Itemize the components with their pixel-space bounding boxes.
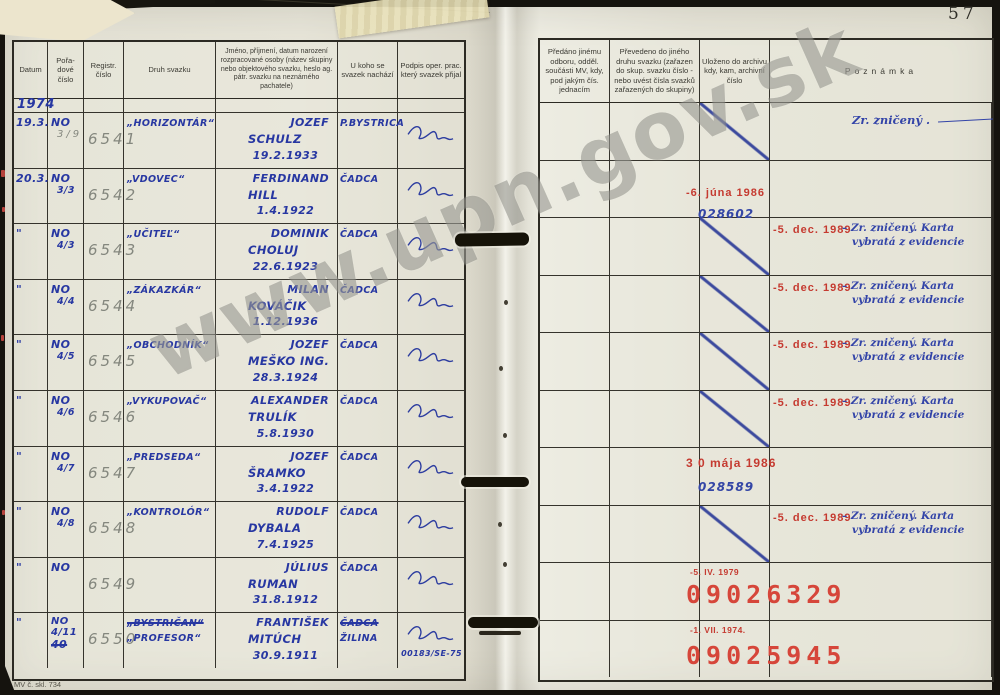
cell-signature <box>398 169 464 224</box>
header-predano: Předáno jinému odboru, odděl. součásti M… <box>540 40 610 102</box>
cell-poradove: NO3/9 <box>48 113 84 168</box>
cell-name: JOZEFSCHULZ19.2.1933 <box>216 113 338 168</box>
signature-scribble <box>401 339 461 374</box>
registry-table-right: Předáno jinému odboru, odděl. součásti M… <box>538 38 994 682</box>
binding-stitch-hole <box>461 477 529 487</box>
year-band: 1974 <box>14 99 464 113</box>
signature-scribble <box>401 617 461 652</box>
signature-scribble <box>401 116 461 151</box>
cell-location: ČADCA <box>338 502 398 557</box>
header-registr-cislo: Registr. číslo <box>84 42 124 98</box>
cell-datum: 20.3. <box>14 169 48 224</box>
cell-ulozeno <box>700 218 770 275</box>
binding-stitch-hole <box>468 617 538 628</box>
cell-ulozeno <box>700 391 770 448</box>
header-druh-svazku: Druh svazku <box>124 42 216 98</box>
destroyed-date-stamp: -5. dec. 1989 <box>773 512 851 524</box>
cell-registr: 6550 <box>84 613 124 668</box>
cell-location: ČADCAŽILINA <box>338 613 398 668</box>
cell-datum: " <box>14 224 48 279</box>
table-row: -6. júna 1986 028602 <box>540 161 992 219</box>
header-u-koho: U koho se svazek nachází <box>338 42 398 98</box>
header-poradove-cislo: Pořa- dové číslo <box>48 42 84 98</box>
cell-poradove: NO 4/1140 <box>48 613 84 668</box>
table-row: 3 0 mája 1986 028589 <box>540 448 992 506</box>
year-label: 1974 <box>14 99 48 112</box>
cell-predano <box>540 391 610 448</box>
cell-prevedeno <box>610 506 700 563</box>
header-jmeno: Jméno, příjmení, datum narození rozpraco… <box>216 42 338 98</box>
table-row: -5. dec. 1989 – Zr. zničený. Karta vybra… <box>540 218 992 276</box>
archive-number-stamp: 09026329 <box>686 580 846 609</box>
remark-note: – Zr. zničený. Karta <box>842 222 954 234</box>
cell-registr: 6544 <box>84 280 124 335</box>
cell-signature <box>398 113 464 168</box>
table-row: " NO4/3 6543 „UČITEĽ“ DOMINIKCHOLUJ22.6.… <box>14 224 464 280</box>
signature-scribble <box>401 394 461 429</box>
table-row: -1. VII. 1974. 09025945 <box>540 621 992 678</box>
table-row: -5. dec. 1989 – Zr. zničený. Karta vybra… <box>540 391 992 449</box>
cell-location: ČADCA <box>338 224 398 279</box>
cell-signature <box>398 558 464 613</box>
cell-location: ČADCA <box>338 280 398 335</box>
cell-ulozeno <box>700 103 770 160</box>
cell-name: RUDOLFDYBALA7.4.1925 <box>216 502 338 557</box>
cell-druh: „BYSTRIČAN“„PROFESOR“ <box>124 613 216 668</box>
cell-name: FRANTIŠEKMITÚCH30.9.1911 <box>216 613 338 668</box>
cell-prevedeno <box>610 276 700 333</box>
cell-poradove: NO4/6 <box>48 391 84 446</box>
cell-poradove: NO4/3 <box>48 224 84 279</box>
cell-druh: „ZÁKAZKÁR“ <box>124 280 216 335</box>
cell-poradove: NO4/5 <box>48 335 84 390</box>
remark-note: Zr. zničený . <box>852 113 930 127</box>
cell-location: ČADCA <box>338 391 398 446</box>
cell-registr: 6542 <box>84 169 124 224</box>
page-number: 57 <box>948 4 978 24</box>
cell-prevedeno <box>610 333 700 390</box>
signature-scribble <box>401 505 461 540</box>
form-code: MV č. skl. 734 <box>14 680 61 689</box>
table-row: " NO4/8 6548 „KONTROLÓR“ RUDOLFDYBALA7.4… <box>14 502 464 558</box>
cell-ulozeno <box>700 506 770 563</box>
remark-note: vybratá z evidencie <box>852 294 964 306</box>
stitch-dot <box>498 522 502 527</box>
table-row: " NO4/5 6545 „OBCHODNÍK“ JOZEFMEŠKO ING.… <box>14 335 464 391</box>
cell-druh: „UČITEĽ“ <box>124 224 216 279</box>
cell-ulozeno <box>700 333 770 390</box>
cell-predano <box>540 448 610 505</box>
archive-number: 028589 <box>698 480 754 494</box>
cell-signature <box>398 335 464 390</box>
cell-prevedeno <box>610 103 700 160</box>
archive-number: 028602 <box>698 207 754 221</box>
cell-datum: 19.3. <box>14 113 48 168</box>
cell-registr: 6548 <box>84 502 124 557</box>
cell-datum: " <box>14 335 48 390</box>
archive-date-stamp: -1. VII. 1974. <box>690 625 746 635</box>
binding-crease <box>468 7 540 690</box>
table-row: -5. dec. 1989 – Zr. zničený. Karta vybra… <box>540 333 992 391</box>
signature-scribble <box>401 450 461 485</box>
cell-signature <box>398 447 464 502</box>
cell-registr: 6545 <box>84 335 124 390</box>
cell-location: P.BYSTRICA <box>338 113 398 168</box>
cell-datum: " <box>14 447 48 502</box>
cell-name: JOZEFŠRAMKO3.4.1922 <box>216 447 338 502</box>
cell-datum: " <box>14 558 48 613</box>
cell-name: FERDINANDHILL1.4.1922 <box>216 169 338 224</box>
table-row: " NO 6549 JÚLIUSRUMAN31.8.1912 ČADCA <box>14 558 464 614</box>
cell-predano <box>540 276 610 333</box>
cell-predano <box>540 333 610 390</box>
cell-signature <box>398 280 464 335</box>
table-row: 19.3. NO3/9 6541 „HORIZONTÁR“ JOZEFSCHUL… <box>14 113 464 169</box>
cell-druh: „OBCHODNÍK“ <box>124 335 216 390</box>
cell-predano <box>540 621 610 678</box>
table-row: -5. IV. 1979 09026329 <box>540 563 992 621</box>
stitch-dot <box>503 562 507 567</box>
cell-poradove: NO4/7 <box>48 447 84 502</box>
margin-red-mark <box>2 510 5 515</box>
left-rows: 19.3. NO3/9 6541 „HORIZONTÁR“ JOZEFSCHUL… <box>14 113 464 668</box>
table-row: " NO 4/1140 6550 „BYSTRIČAN“„PROFESOR“ F… <box>14 613 464 668</box>
destroyed-date-stamp: -5. dec. 1989 <box>773 339 851 351</box>
stitch-dot <box>504 300 508 305</box>
table-row: Zr. zničený . <box>540 103 992 161</box>
cell-registr: 6547 <box>84 447 124 502</box>
cell-registr: 6549 <box>84 558 124 613</box>
registry-table-left: Datum Pořa- dové číslo Registr. číslo Dr… <box>12 40 466 681</box>
cell-location: ČADCA <box>338 335 398 390</box>
cell-location: ČADCA <box>338 169 398 224</box>
destroyed-date-stamp: -5. dec. 1989 <box>773 282 851 294</box>
margin-red-mark <box>1 335 4 341</box>
cell-signature <box>398 391 464 446</box>
destroyed-date-stamp: -5. dec. 1989 <box>773 397 851 409</box>
remark-note: – Zr. zničený. Karta <box>842 510 954 522</box>
cell-registr: 6543 <box>84 224 124 279</box>
signature-scribble <box>401 561 461 596</box>
header-podpis: Podpis oper. prac. který svazek přijal <box>398 42 464 98</box>
cell-signature: 00183/SE-75 <box>398 613 464 668</box>
remark-note: vybratá z evidencie <box>852 236 964 248</box>
cell-prevedeno <box>610 391 700 448</box>
cell-druh <box>124 558 216 613</box>
signature-scribble <box>401 283 461 318</box>
table-row: 20.3. NO3/3 6542 „VDOVEC“ FERDINANDHILL1… <box>14 169 464 225</box>
cell-poznamka <box>770 161 992 218</box>
cell-prevedeno <box>610 218 700 275</box>
cell-druh: „PREDSEDA“ <box>124 447 216 502</box>
table-row: " NO4/7 6547 „PREDSEDA“ JOZEFŠRAMKO3.4.1… <box>14 447 464 503</box>
cell-poznamka <box>770 448 992 505</box>
archive-date-stamp: -5. IV. 1979 <box>690 567 739 577</box>
cell-datum: " <box>14 391 48 446</box>
stitch-dot <box>499 366 503 371</box>
header-ulozeno: Uloženo do archivu kdy, kam, archivní čí… <box>700 40 770 102</box>
cell-poradove: NO <box>48 558 84 613</box>
remark-note: – Zr. zničený. Karta <box>842 280 954 292</box>
cell-druh: „HORIZONTÁR“ <box>124 113 216 168</box>
cell-predano <box>540 506 610 563</box>
cell-location: ČADCA <box>338 558 398 613</box>
remark-note: vybratá z evidencie <box>852 524 964 536</box>
header-poznamka: Poznámka <box>770 40 992 102</box>
table-row: -5. dec. 1989 – Zr. zničený. Karta vybra… <box>540 276 992 334</box>
cell-poradove: NO4/4 <box>48 280 84 335</box>
margin-red-mark <box>1 170 5 177</box>
table-row: " NO4/4 6544 „ZÁKAZKÁR“ MILANKOVÁČIK1.12… <box>14 280 464 336</box>
remark-note: – Zr. zničený. Karta <box>842 395 954 407</box>
cell-signature <box>398 224 464 279</box>
remark-note: – Zr. zničený. Karta <box>842 337 954 349</box>
cell-name: ALEXANDERTRULÍK5.8.1930 <box>216 391 338 446</box>
binding-stitch-hole <box>479 631 521 635</box>
cell-druh: „KONTROLÓR“ <box>124 502 216 557</box>
cell-name: JÚLIUSRUMAN31.8.1912 <box>216 558 338 613</box>
cell-signature <box>398 502 464 557</box>
signature-scribble <box>401 228 461 263</box>
cell-poznamka <box>770 103 992 160</box>
cell-datum: " <box>14 280 48 335</box>
cell-registr: 6541 <box>84 113 124 168</box>
right-rows: Zr. zničený . -6. júna 1986 028602 -5. d… <box>540 103 992 677</box>
cell-datum: " <box>14 502 48 557</box>
cell-ulozeno <box>700 276 770 333</box>
right-table-header: Předáno jinému odboru, odděl. součásti M… <box>540 40 992 103</box>
cell-location: ČADCA <box>338 447 398 502</box>
cell-predano <box>540 161 610 218</box>
left-table-header: Datum Pořa- dové číslo Registr. číslo Dr… <box>14 42 464 99</box>
archive-number-stamp: 09025945 <box>686 641 846 670</box>
binding-stitch-hole <box>455 232 529 246</box>
cell-registr: 6546 <box>84 391 124 446</box>
cell-datum: " <box>14 613 48 668</box>
archive-date-stamp: -6. júna 1986 <box>686 187 765 199</box>
header-datum: Datum <box>14 42 48 98</box>
cell-predano <box>540 218 610 275</box>
cell-druh: „VDOVEC“ <box>124 169 216 224</box>
cell-name: JOZEFMEŠKO ING.28.3.1924 <box>216 335 338 390</box>
remark-note: vybratá z evidencie <box>852 351 964 363</box>
cell-druh: „VYKUPOVAČ“ <box>124 391 216 446</box>
table-row: " NO4/6 6546 „VYKUPOVAČ“ ALEXANDERTRULÍK… <box>14 391 464 447</box>
cell-predano <box>540 103 610 160</box>
archive-date-stamp: 3 0 mája 1986 <box>686 456 776 470</box>
margin-red-mark <box>2 207 5 212</box>
signature-scribble <box>401 172 461 207</box>
remark-note: vybratá z evidencie <box>852 409 964 421</box>
destroyed-date-stamp: -5. dec. 1989 <box>773 224 851 236</box>
header-prevedeno: Převedeno do jiného druhu svazku (zařaze… <box>610 40 700 102</box>
cell-name: DOMINIKCHOLUJ22.6.1923 <box>216 224 338 279</box>
cell-poradove: NO3/3 <box>48 169 84 224</box>
stitch-dot <box>503 433 507 438</box>
scanned-registry-spread: { "page": { "number": "57", "form_code":… <box>0 0 1000 695</box>
table-row: -5. dec. 1989 – Zr. zničený. Karta vybra… <box>540 506 992 564</box>
cell-predano <box>540 563 610 620</box>
cell-poradove: NO4/8 <box>48 502 84 557</box>
cell-name: MILANKOVÁČIK1.12.1936 <box>216 280 338 335</box>
